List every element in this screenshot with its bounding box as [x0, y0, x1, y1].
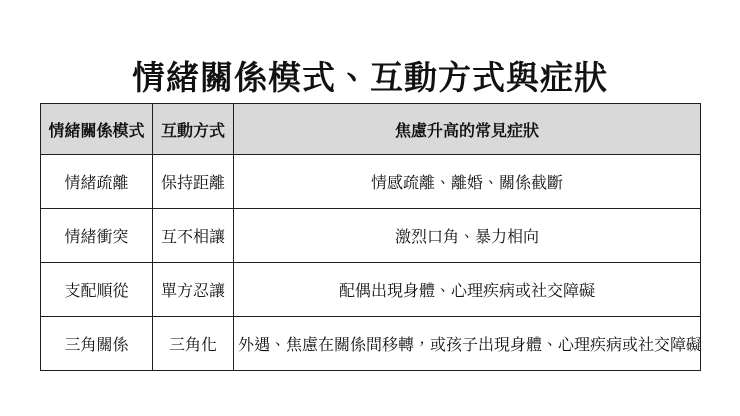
cell-symptoms: 激烈口角、暴力相向: [234, 209, 701, 263]
header-pattern: 情緒關係模式: [41, 104, 153, 155]
cell-symptoms: 情感疏離、離婚、關係截斷: [234, 155, 701, 209]
cell-pattern: 支配順從: [41, 263, 153, 317]
table-row: 支配順從 單方忍讓 配偶出現身體、心理疾病或社交障礙: [41, 263, 701, 317]
header-symptoms: 焦慮升高的常見症狀: [234, 104, 701, 155]
header-interaction: 互動方式: [153, 104, 234, 155]
table-row: 三角關係 三角化 外遇、焦慮在關係間移轉，或孩子出現身體、心理疾病或社交障礙: [41, 317, 701, 371]
cell-interaction: 保持距離: [153, 155, 234, 209]
cell-interaction: 單方忍讓: [153, 263, 234, 317]
cell-pattern: 三角關係: [41, 317, 153, 371]
table-row: 情緒疏離 保持距離 情感疏離、離婚、關係截斷: [41, 155, 701, 209]
cell-pattern: 情緒衝突: [41, 209, 153, 263]
page-title: 情緒關係模式、互動方式與症狀: [0, 52, 740, 99]
cell-pattern: 情緒疏離: [41, 155, 153, 209]
table-header-row: 情緒關係模式 互動方式 焦慮升高的常見症狀: [41, 104, 701, 155]
cell-interaction: 互不相讓: [153, 209, 234, 263]
cell-symptoms: 外遇、焦慮在關係間移轉，或孩子出現身體、心理疾病或社交障礙: [234, 317, 701, 371]
table-row: 情緒衝突 互不相讓 激烈口角、暴力相向: [41, 209, 701, 263]
slide-canvas: { "title": "情緒關係模式、互動方式與症狀", "colors": {…: [0, 0, 740, 416]
cell-symptoms: 配偶出現身體、心理疾病或社交障礙: [234, 263, 701, 317]
relationship-table: 情緒關係模式 互動方式 焦慮升高的常見症狀 情緒疏離 保持距離 情感疏離、離婚、…: [40, 103, 701, 371]
cell-interaction: 三角化: [153, 317, 234, 371]
